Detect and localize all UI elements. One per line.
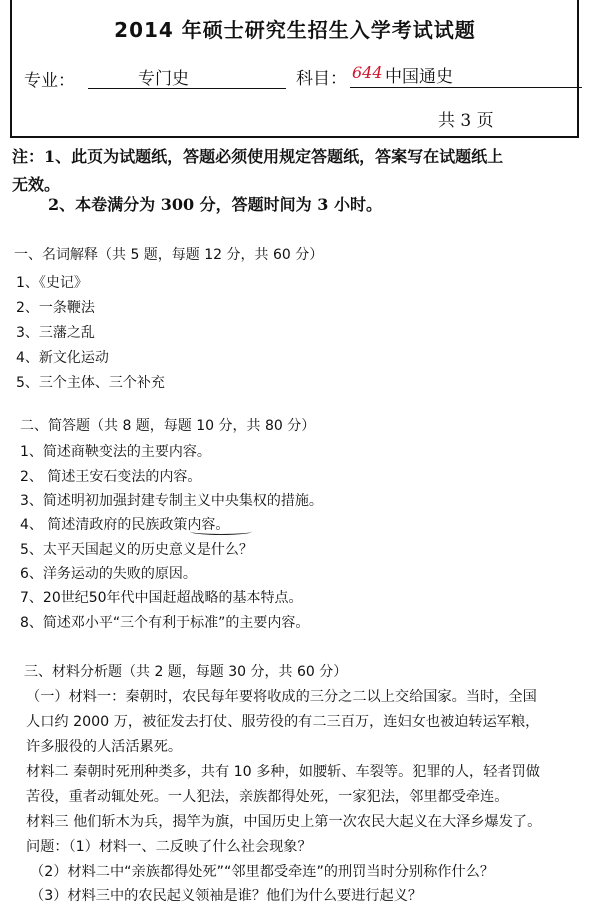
material-line: 人口约 2000 万，被征发去打仗、服劳役的有二三百万，连妇女也被迫转运军粮，: [26, 711, 539, 731]
material-line: 材料三 他们斩木为兵，揭竿为旗，中国历史上第一次农民大起义在大泽乡爆发了。: [26, 811, 541, 831]
section-1-item: 1、《史记》: [16, 272, 88, 292]
subject-value: 中国通史: [385, 62, 453, 87]
material-line: 材料二 秦朝时死刑种类多，共有 10 多种，如腰斩、车裂等。犯罪的人，轻者罚做: [26, 761, 540, 781]
section-2-item: 6、洋务运动的失败的原因。: [20, 563, 197, 583]
section-1-item: 5、三个主体、三个补充: [16, 372, 165, 392]
section-2-item: 5、太平天国起义的历史意义是什么？: [20, 539, 253, 559]
section-2-title: 二、简答题（共 8 题，每题 10 分，共 80 分）: [20, 415, 315, 435]
section-1-item: 4、新文化运动: [16, 347, 109, 367]
section-2-item: 7、20世纪50年代中国赶超战略的基本特点。: [20, 587, 303, 607]
section-2-item: 1、简述商鞅变法的主要内容。: [20, 441, 211, 461]
section-2-item: 3、简述明初加强封建专制主义中央集权的措施。: [20, 490, 323, 510]
section-1-title: 一、名词解释（共 5 题，每题 12 分，共 60 分）: [14, 244, 323, 264]
section-2-item: 2、 简述王安石变法的内容。: [20, 466, 201, 486]
section-2-item: 8、简述邓小平“三个有利于标准”的主要内容。: [20, 612, 309, 632]
material-line: 苦役，重者动辄处死。一人犯法，亲族都得处死，一家犯法，邻里都受牵连。: [26, 786, 508, 806]
subject-underline: [350, 87, 582, 88]
section-1-item: 3、三藩之乱: [16, 322, 95, 342]
question-line: （2）材料二中“亲族都得处死”“邻里都受牵连”的刑罚当时分别称作什么？: [30, 861, 494, 881]
material-line: 许多服役的人活活累死。: [26, 736, 182, 756]
subject-label: 科目：: [296, 64, 347, 89]
question-line: （3）材料三中的农民起义领袖是谁？他们为什么要进行起义？: [30, 885, 422, 905]
material-line: （一）材料一：秦朝时，农民每年要将收成的三分之二以上交给国家。当时，全国: [26, 686, 537, 706]
note-line-1: 注：1、此页为试题纸，答题必须使用规定答题纸，答案写在试题纸上: [12, 144, 503, 167]
major-value: 专门史: [138, 64, 189, 89]
major-label: 专业：: [24, 66, 75, 91]
handwritten-subject-code: 644: [352, 63, 383, 82]
note-line-2: 2、本卷满分为 300 分，答题时间为 3 小时。: [48, 192, 382, 215]
question-line: 问题：（1）材料一、二反映了什么社会现象？: [26, 836, 312, 856]
handwritten-scribble-mark: [190, 528, 252, 535]
section-1-item: 2、一条鞭法: [16, 297, 95, 317]
page-count: 共 3 页: [438, 106, 494, 131]
exam-title: 2014 年硕士研究生招生入学考试试题: [0, 14, 590, 43]
section-3-title: 三、材料分析题（共 2 题，每题 30 分，共 60 分）: [24, 661, 347, 681]
